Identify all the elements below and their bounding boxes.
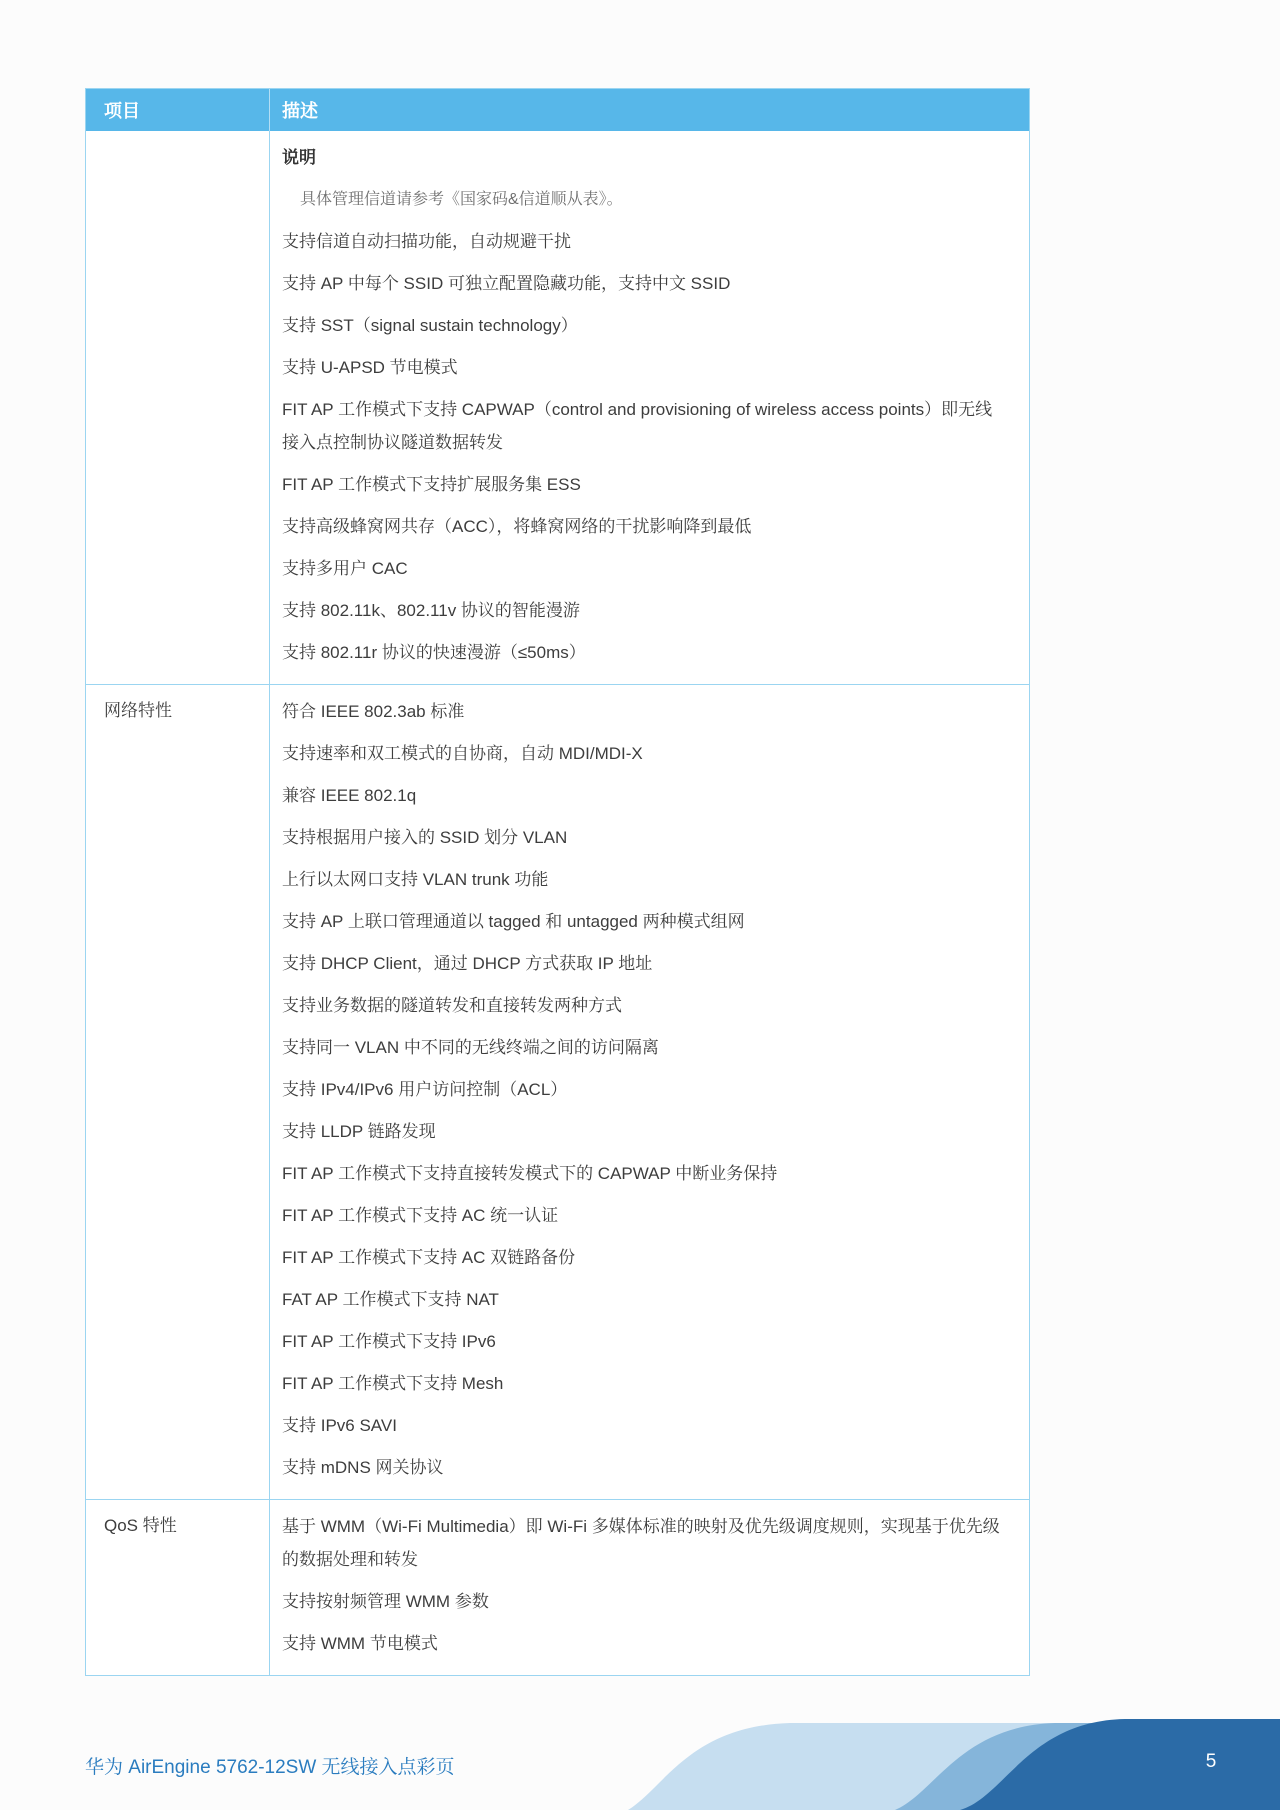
feature-line: FIT AP 工作模式下支持扩展服务集 ESS [282,468,1009,501]
table-header-description: 描述 [270,97,1029,123]
item-cell-label: 网络特性 [104,701,172,720]
feature-line: 支持按射频管理 WMM 参数 [282,1585,1009,1618]
feature-line: FIT AP 工作模式下支持直接转发模式下的 CAPWAP 中断业务保持 [282,1157,1009,1190]
feature-line: 支持信道自动扫描功能，自动规避干扰 [282,225,1009,258]
feature-line: 支持 AP 中每个 SSID 可独立配置隐藏功能，支持中文 SSID [282,267,1009,300]
feature-line: 基于 WMM（Wi-Fi Multimedia）即 Wi-Fi 多媒体标准的映射… [282,1510,1009,1576]
table-body: 说明具体管理信道请参考《国家码&信道顺从表》。支持信道自动扫描功能，自动规避干扰… [86,131,1029,1675]
item-cell: QoS 特性 [86,1500,270,1675]
table-header-item: 项目 [86,89,270,131]
item-cell: 网络特性 [86,685,270,1499]
table-header-row: 项目 描述 [86,89,1029,131]
feature-line: FIT AP 工作模式下支持 CAPWAP（control and provis… [282,393,1009,459]
feature-line: FIT AP 工作模式下支持 Mesh [282,1367,1009,1400]
feature-line: 支持业务数据的隧道转发和直接转发两种方式 [282,989,1009,1022]
footer-title: 华为 AirEngine 5762-12SW 无线接入点彩页 [85,1752,455,1779]
feature-line: 支持 mDNS 网关协议 [282,1451,1009,1484]
desc-cell: 符合 IEEE 802.3ab 标准支持速率和双工模式的自协商，自动 MDI/M… [270,685,1029,1499]
feature-line: 符合 IEEE 802.3ab 标准 [282,695,1009,728]
item-cell-label: QoS 特性 [104,1516,177,1535]
feature-line: 支持速率和双工模式的自协商，自动 MDI/MDI-X [282,737,1009,770]
desc-cell: 基于 WMM（Wi-Fi Multimedia）即 Wi-Fi 多媒体标准的映射… [270,1500,1029,1675]
feature-line: 支持 DHCP Client，通过 DHCP 方式获取 IP 地址 [282,947,1009,980]
feature-line: 支持根据用户接入的 SSID 划分 VLAN [282,821,1009,854]
feature-line: 支持 U-APSD 节电模式 [282,351,1009,384]
note-body: 具体管理信道请参考《国家码&信道顺从表》。 [282,183,1009,216]
footer-wave-decoration [620,1715,1280,1810]
feature-line: FIT AP 工作模式下支持 AC 双链路备份 [282,1241,1009,1274]
item-cell [86,131,270,684]
table-row: 说明具体管理信道请参考《国家码&信道顺从表》。支持信道自动扫描功能，自动规避干扰… [86,131,1029,684]
feature-line: 支持高级蜂窝网共存（ACC），将蜂窝网络的干扰影响降到最低 [282,510,1009,543]
feature-line: 支持同一 VLAN 中不同的无线终端之间的访问隔离 [282,1031,1009,1064]
spec-table: 项目 描述 说明具体管理信道请参考《国家码&信道顺从表》。支持信道自动扫描功能，… [85,88,1030,1676]
note-title: 说明 [282,141,1009,174]
datasheet-page: 项目 描述 说明具体管理信道请参考《国家码&信道顺从表》。支持信道自动扫描功能，… [0,0,1280,1810]
feature-line: 支持 IPv4/IPv6 用户访问控制（ACL） [282,1073,1009,1106]
feature-line: 支持多用户 CAC [282,552,1009,585]
feature-line: 上行以太网口支持 VLAN trunk 功能 [282,863,1009,896]
table-row: 网络特性 符合 IEEE 802.3ab 标准支持速率和双工模式的自协商，自动 … [86,684,1029,1499]
feature-line: 兼容 IEEE 802.1q [282,779,1009,812]
feature-line: 支持 802.11r 协议的快速漫游（≤50ms） [282,636,1009,669]
page-number: 5 [1196,1751,1226,1773]
feature-line: 支持 LLDP 链路发现 [282,1115,1009,1148]
feature-line: FAT AP 工作模式下支持 NAT [282,1283,1009,1316]
feature-line: 支持 SST（signal sustain technology） [282,309,1009,342]
feature-line: 支持 802.11k、802.11v 协议的智能漫游 [282,594,1009,627]
desc-cell: 说明具体管理信道请参考《国家码&信道顺从表》。支持信道自动扫描功能，自动规避干扰… [270,131,1029,684]
feature-line: 支持 IPv6 SAVI [282,1409,1009,1442]
feature-line: 支持 WMM 节电模式 [282,1627,1009,1660]
feature-line: FIT AP 工作模式下支持 AC 统一认证 [282,1199,1009,1232]
feature-line: 支持 AP 上联口管理通道以 tagged 和 untagged 两种模式组网 [282,905,1009,938]
table-row: QoS 特性 基于 WMM（Wi-Fi Multimedia）即 Wi-Fi 多… [86,1499,1029,1675]
feature-line: FIT AP 工作模式下支持 IPv6 [282,1325,1009,1358]
